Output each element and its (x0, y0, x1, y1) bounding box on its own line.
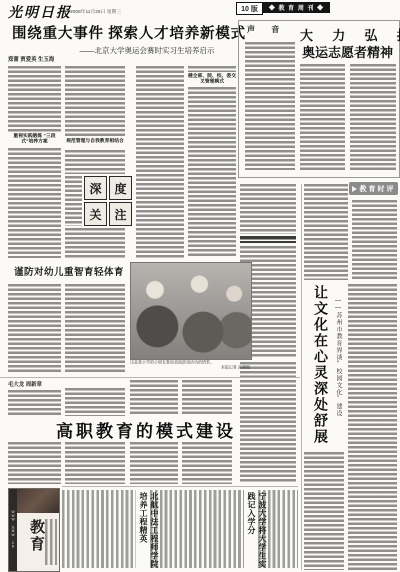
newspaper-logo: 光明日报 (8, 2, 72, 22)
lead-subhead-2: 规范管理与自我教育相结合 (65, 138, 125, 147)
culture-subtitle: ——苏州市教育界谈“校园文化”建设 (334, 298, 343, 448)
body-subhead-block (240, 236, 296, 243)
vocational-headline: 高职教育的模式建设 (56, 417, 236, 442)
body-text-block (304, 452, 344, 570)
body-text-block (8, 66, 61, 132)
body-text-block (188, 87, 236, 258)
voice-label: 声 音 (247, 24, 286, 35)
ad-url-strip: WWW.GMW.CN (9, 489, 17, 571)
culture-headline: 让文化在心灵深处舒展 (307, 285, 332, 449)
body-text-block (350, 64, 396, 170)
pointer-icon (352, 186, 357, 192)
vertical-text-block (62, 490, 136, 568)
body-text-block (182, 442, 232, 484)
body-text-block (65, 284, 125, 374)
photo-credit: 本报记者 高腾摄 (130, 365, 250, 370)
depth-focus-box: 深 度 关 注 (84, 176, 132, 226)
body-text-block (65, 442, 125, 484)
body-text-block (8, 442, 61, 484)
kids-headline: 谨防对幼儿重智育轻体育 (14, 264, 124, 278)
depth-char-1: 深 (84, 176, 107, 200)
body-text-block (304, 184, 348, 280)
page-number-box: 10 版 (236, 2, 263, 15)
vertical-text-block (258, 490, 298, 568)
body-text-block (188, 66, 236, 72)
dateline: 2008年11月26日 星期三 (70, 8, 190, 19)
body-text-block (65, 66, 125, 136)
body-text-block (65, 150, 125, 174)
section-divider (0, 377, 300, 378)
body-text-block (352, 200, 397, 280)
body-text-block (8, 148, 61, 258)
ad-box: WWW.GMW.CN 教育 (8, 488, 60, 572)
depth-char-4: 注 (109, 202, 132, 226)
body-text-block (245, 42, 295, 170)
photo-caption-text: 这是某小学的小朋友参加表演游戏活动的情景。 (130, 360, 214, 365)
ad-banner-image (17, 489, 59, 513)
body-text-block (8, 284, 61, 374)
ad-title: 教育 (27, 519, 46, 563)
section-name-bar: ◆ 教 育 周 刊 ◆ (263, 2, 330, 13)
body-text-block (65, 176, 82, 226)
depth-char-2: 度 (109, 176, 132, 200)
body-text-block (65, 228, 125, 258)
body-text-block (130, 442, 178, 484)
depth-char-3: 关 (84, 202, 107, 226)
body-text-block (136, 66, 184, 258)
commentary-badge-label: 教育时评 (360, 184, 396, 194)
body-text-block (182, 380, 232, 416)
body-text-block (240, 184, 296, 234)
body-text-block (8, 390, 61, 416)
body-text-block (65, 388, 125, 416)
ad-url: WWW.GMW.CN (11, 511, 14, 550)
column-rule (301, 184, 302, 570)
body-text-block (240, 246, 296, 262)
lead-headline: 围绕重大事件 探索人才培养新模式 (12, 22, 238, 43)
briefs-divider (62, 486, 298, 487)
voice-headline-line2: 奥运志愿者精神 (300, 42, 395, 61)
newspaper-page: 光明日报 2008年11月26日 星期三 10 版 ◆ 教 育 周 刊 ◆ 围绕… (0, 0, 400, 572)
vertical-text-block (45, 519, 57, 565)
body-text-block (240, 362, 296, 482)
body-text-block (130, 380, 178, 416)
kids-photo (130, 262, 252, 360)
body-text-block (252, 264, 296, 358)
vertical-text-block (150, 490, 244, 568)
commentary-badge: 教育时评 (349, 182, 398, 195)
body-text-block (300, 64, 345, 170)
body-text-block (348, 284, 397, 570)
